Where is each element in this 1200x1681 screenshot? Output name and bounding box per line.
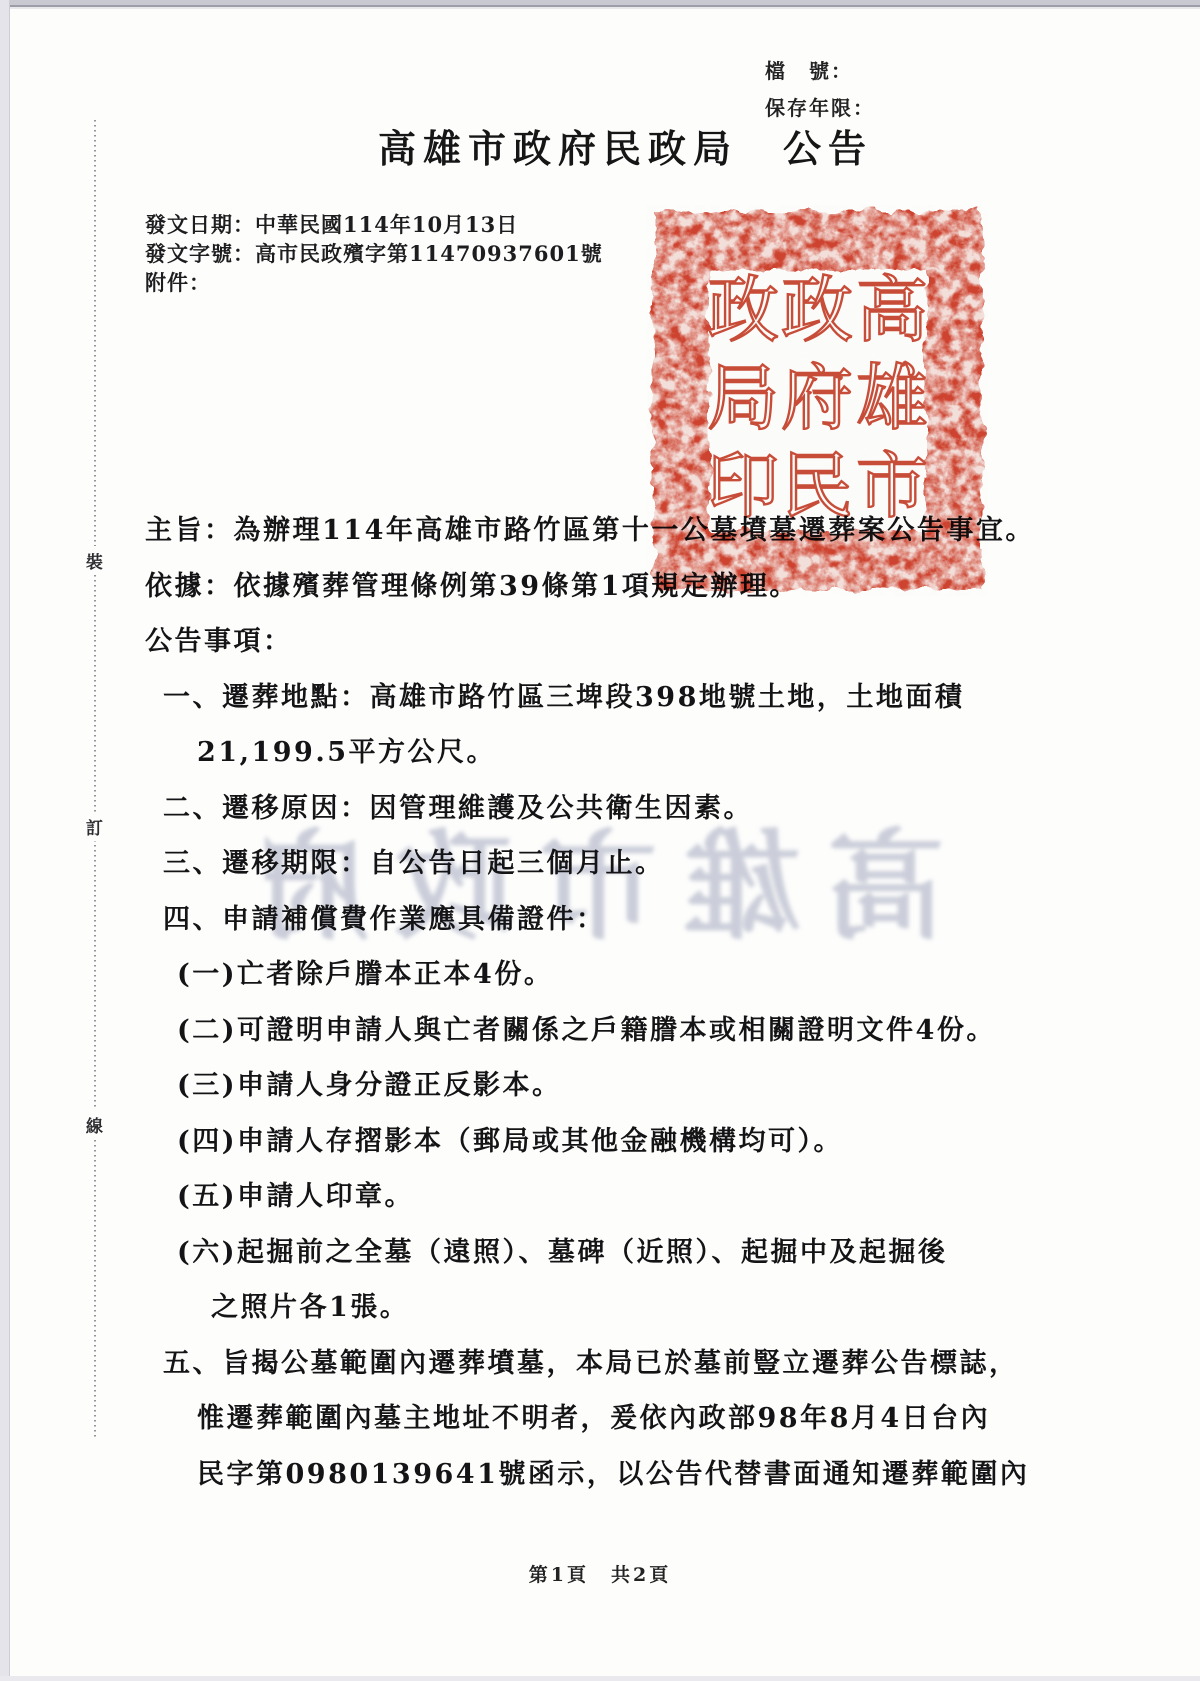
retention-period-label: 保存年限： xyxy=(765,92,875,121)
file-number-label: 檔 號： xyxy=(765,55,853,84)
scanned-announcement-page: 裝 訂 線 檔 號： 保存年限： 高雄市政府民政局 公告 發文日期：中華民國11… xyxy=(0,0,1200,1681)
body-line: 一、遷葬地點：高雄市路竹區三埤段398地號土地，土地面積 xyxy=(163,670,1135,726)
body-line: 五、旨揭公墓範圍內遷葬墳墓，本局已於墓前豎立遷葬公告標誌， xyxy=(163,1336,1135,1392)
page-title: 高雄市政府民政局 公告 xyxy=(378,118,873,173)
document-meta: 發文日期：中華民國114年10月13日 發文字號：高市民政殯字第11470937… xyxy=(145,210,603,297)
seal-character: 政 xyxy=(707,268,779,352)
official-seal: 高 雄 市 政 府 民 政 局 印 xyxy=(645,203,990,598)
body-line: (四)申請人存摺影本（郵局或其他金融機構均可）。 xyxy=(177,1114,1135,1170)
margin-mark-xian: 線 xyxy=(86,1110,103,1139)
body-line: 三、遷移期限：自公告日起三個月止。 xyxy=(163,836,1135,892)
body-line: 民字第0980139641號函示，以公告代替書面通知遷葬範圍內 xyxy=(197,1447,1135,1503)
body-line: (六)起掘前之全墓（遠照）、墓碑（近照）、起掘中及起掘後 xyxy=(177,1225,1135,1281)
issue-date-line: 發文日期：中華民國114年10月13日 xyxy=(145,210,603,239)
doc-number-line: 發文字號：高市民政殯字第11470937601號 xyxy=(145,239,603,268)
seal-character: 雄 xyxy=(856,356,928,440)
binding-dotted-line xyxy=(94,120,96,1438)
scan-edge-top xyxy=(0,0,1200,9)
body-line: 21,199.5平方公尺。 xyxy=(197,725,1135,781)
seal-character: 高 xyxy=(856,268,928,352)
seal-character: 民 xyxy=(781,444,853,528)
body-line: (五)申請人印章。 xyxy=(177,1169,1135,1225)
body-line: 公告事項： xyxy=(145,614,1135,670)
attachment-line: 附件： xyxy=(145,268,603,297)
scan-edge-left xyxy=(0,0,10,1681)
margin-mark-zhuang: 裝 xyxy=(86,546,103,575)
body-line: 四、申請補償費作業應具備證件： xyxy=(163,892,1135,948)
body-line: (一)亡者除戶謄本正本4份。 xyxy=(177,947,1135,1003)
body-line: 二、遷移原因：因管理維護及公共衛生因素。 xyxy=(163,781,1135,837)
seal-character: 政 xyxy=(781,268,853,352)
body-line: 惟遷葬範圍內墓主地址不明者，爰依內政部98年8月4日台內 xyxy=(197,1391,1135,1447)
seal-character: 印 xyxy=(707,444,779,528)
seal-character: 局 xyxy=(707,356,779,440)
body-line: 之照片各1張。 xyxy=(211,1280,1135,1336)
body-line: (二)可證明申請人與亡者關係之戶籍謄本或相關證明文件4份。 xyxy=(177,1003,1135,1059)
margin-mark-ding: 訂 xyxy=(86,812,103,841)
announcement-body: 主旨：為辦理114年高雄市路竹區第十一公墓墳墓遷葬案公告事宜。 依據：依據殯葬管… xyxy=(145,503,1135,1502)
scan-edge-bottom xyxy=(0,1676,1200,1681)
seal-character: 府 xyxy=(781,356,853,440)
footer-page-info: 第1頁 共2頁 xyxy=(0,1560,1200,1587)
seal-character: 市 xyxy=(856,444,928,528)
body-line: (三)申請人身分證正反影本。 xyxy=(177,1058,1135,1114)
seal-script-text: 高 雄 市 政 府 民 政 局 印 xyxy=(707,268,928,528)
